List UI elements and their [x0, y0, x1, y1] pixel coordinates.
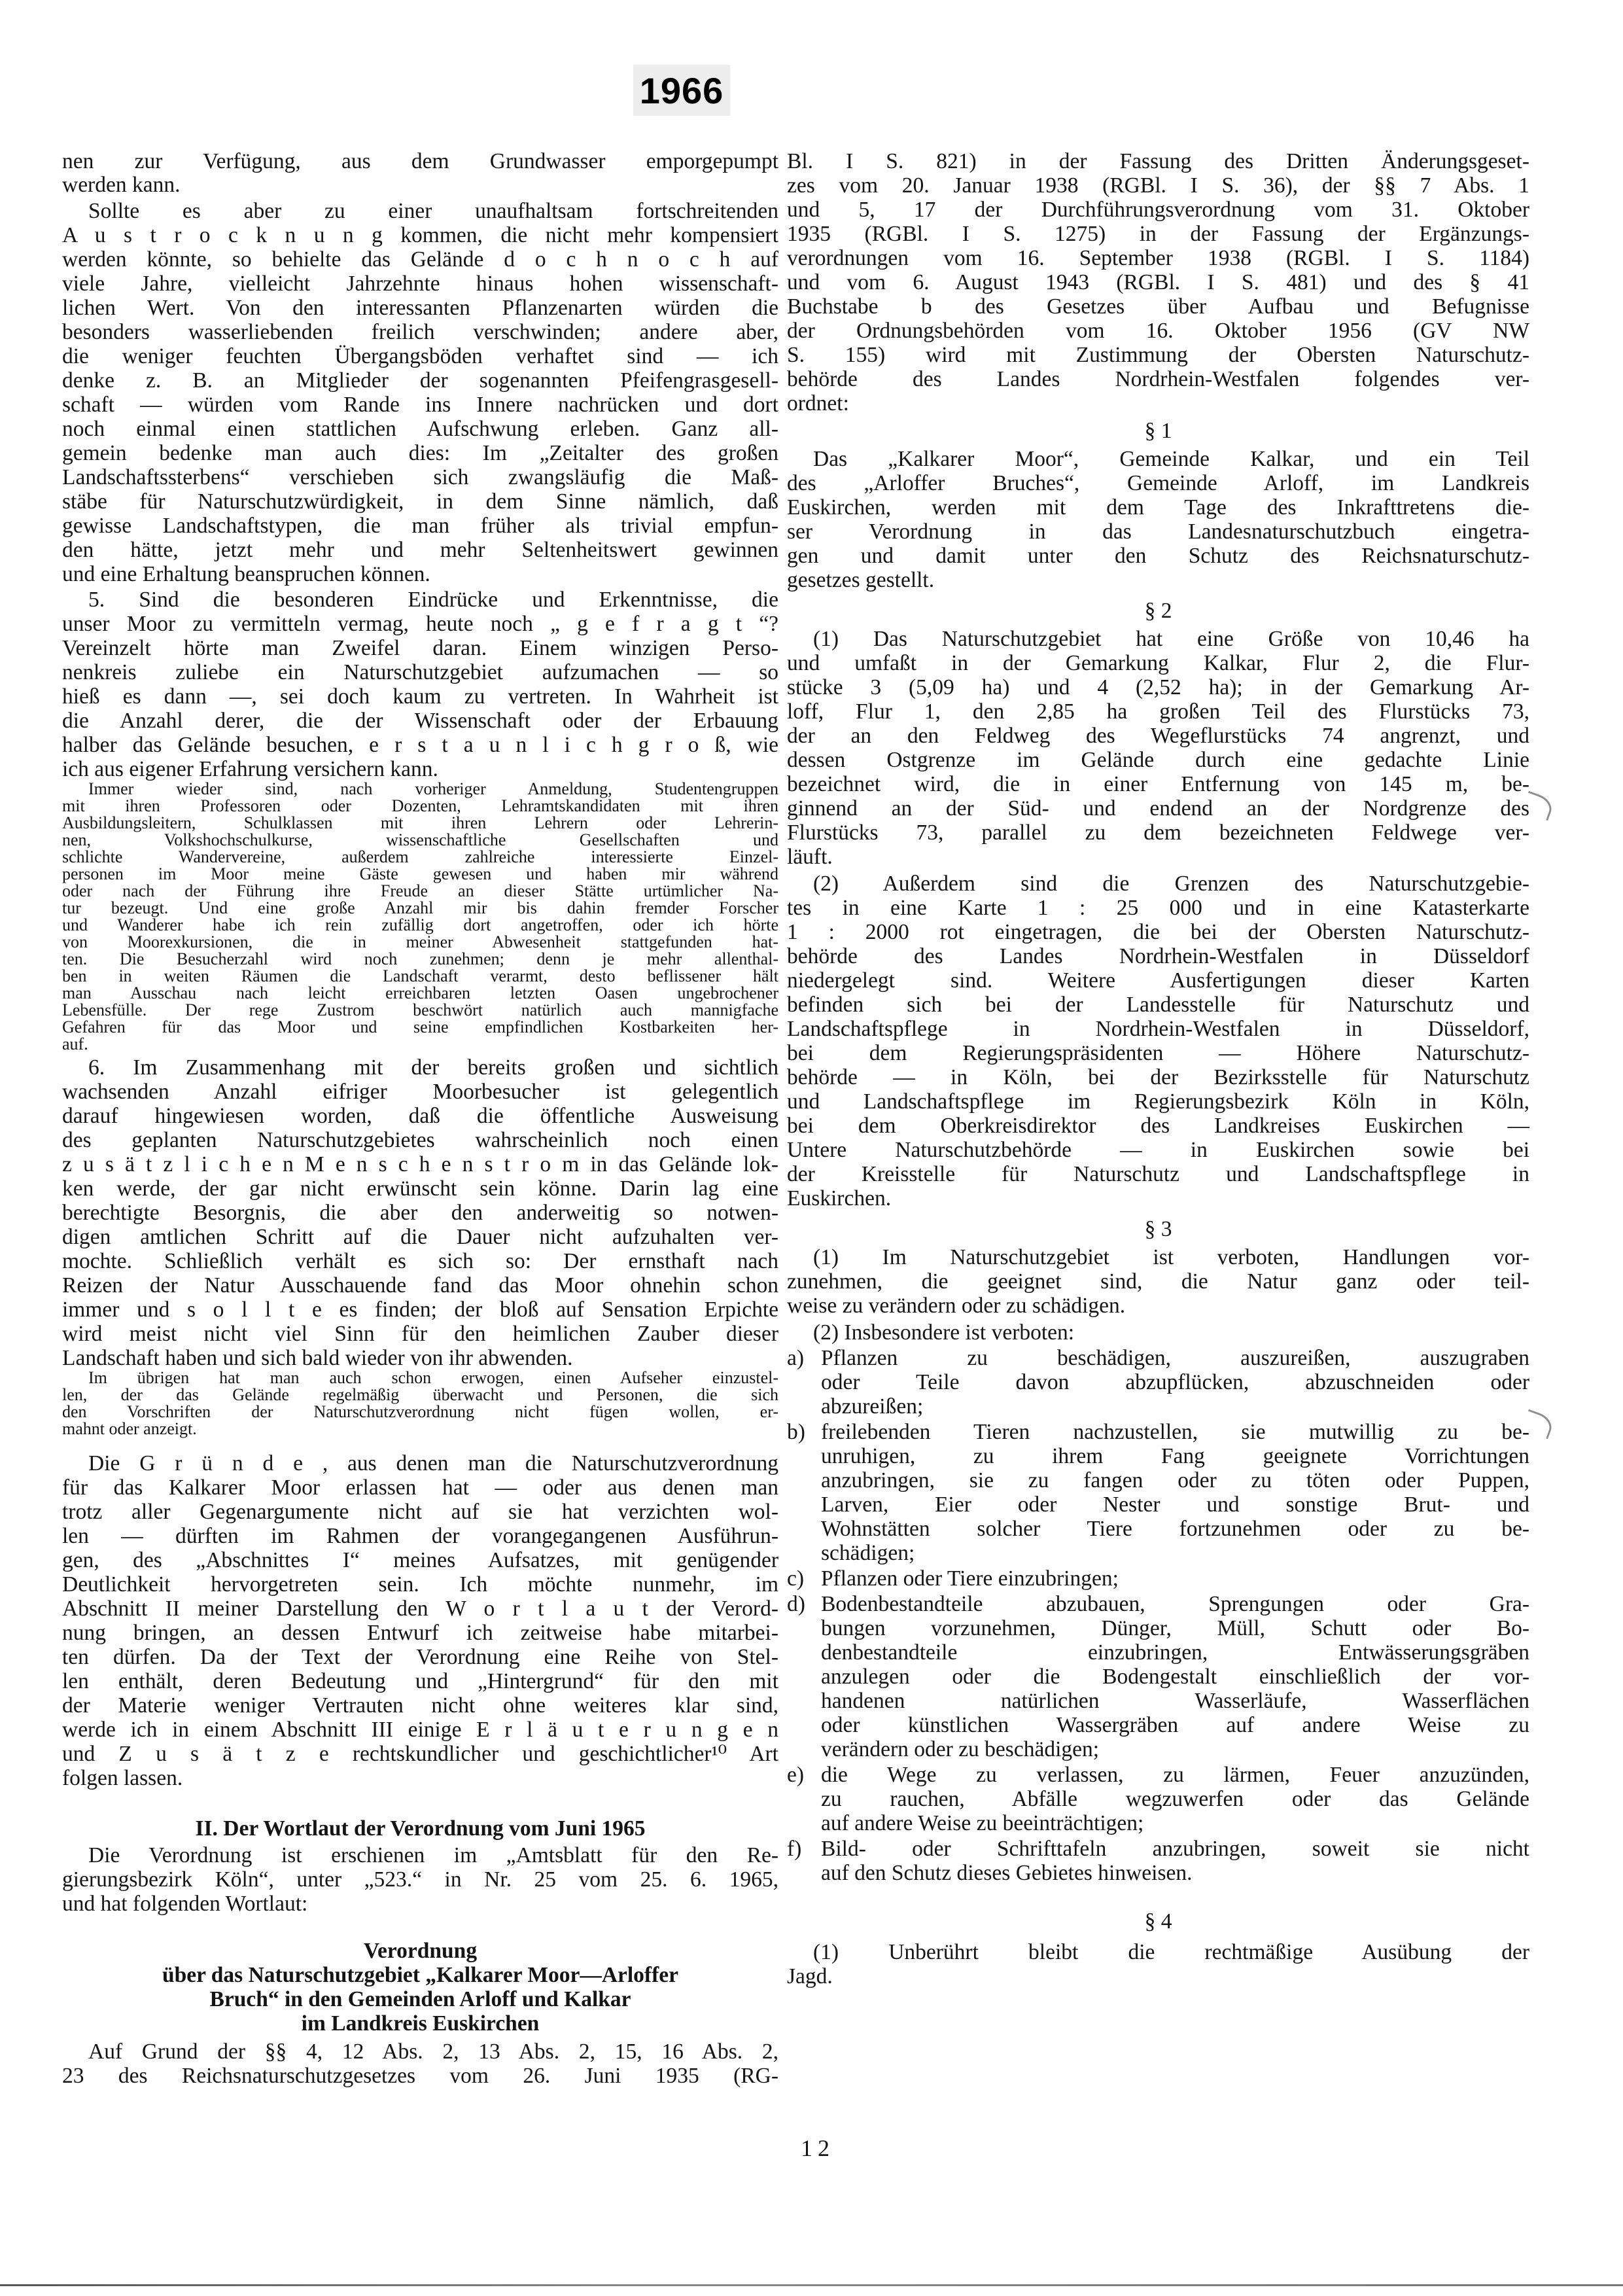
text-line: (1) Im Naturschutzgebiet ist verboten, H…	[787, 1245, 1529, 1269]
text-line: gesetzes gestellt.	[787, 568, 1529, 592]
text-line: halber das Gelände besuchen, e r s t a u…	[62, 733, 778, 757]
text-line: Untere Naturschutzbehörde — in Euskirche…	[787, 1138, 1529, 1162]
text-line: Sollte es aber zu einer unaufhaltsam for…	[62, 199, 778, 223]
list-item-line: denbestandteile einzubringen, Entwässeru…	[821, 1640, 1529, 1665]
list-marker: b)	[787, 1420, 820, 1444]
text-line: 5. Sind die besonderen Eindrücke und Erk…	[62, 588, 778, 612]
text-line: stücke 3 (5,09 ha) und 4 (2,52 ha); in d…	[787, 675, 1529, 699]
text-line: und umfaßt in der Gemarkung Kalkar, Flur…	[787, 651, 1529, 675]
page-number: 12	[782, 2134, 854, 2162]
text-line: loff, Flur 1, den 2,85 ha großen Teil de…	[787, 699, 1529, 724]
text-line: gemein bedenke man auch dies: Im „Zeital…	[62, 441, 778, 465]
text-line: Vereinzelt hörte man Zweifel daran. Eine…	[62, 636, 778, 660]
text-line: personen im Moor meine Gäste gewesen und…	[62, 866, 778, 883]
text-line: werden könnte, so behielte das Gelände d…	[62, 247, 778, 272]
list-item-line: auf andere Weise zu beeinträchtigen;	[821, 1811, 1529, 1835]
text-line: der an den Feldweg des Wegeflurstücks 74…	[787, 724, 1529, 748]
text-line: berechtigte Besorgnis, die aber den ande…	[62, 1201, 778, 1225]
text-line: Landschaft haben und sich bald wieder vo…	[62, 1346, 778, 1370]
list-item-line: Larven, Eier oder Nester und sonstige Br…	[821, 1492, 1529, 1517]
list-item-line: Bild- oder Schrifttafeln anzubringen, so…	[821, 1837, 1529, 1861]
text-line: verordnungen vom 16. September 1938 (RGB…	[787, 246, 1529, 270]
text-line: schlichte Wandervereine, außerdem zahlre…	[62, 849, 778, 866]
text-line: gewisse Landschaftstypen, die man früher…	[62, 514, 778, 538]
text-line: bei dem Oberkreisdirektor des Landkreise…	[787, 1114, 1529, 1138]
year-header: 1966	[633, 65, 730, 116]
list-item-line: oder Teile davon abzupflücken, abzuschne…	[821, 1370, 1529, 1394]
text-line: Euskirchen.	[787, 1186, 1529, 1210]
text-line: Buchstabe b des Gesetzes über Aufbau und…	[787, 294, 1529, 319]
text-line: bezeichnet wird, die in einer Entfernung…	[787, 772, 1529, 796]
text-line: zes vom 20. Januar 1938 (RGBl. I S. 36),…	[787, 173, 1529, 198]
section-heading: Bruch“ in den Gemeinden Arloff und Kalka…	[62, 1987, 778, 2011]
text-line: 23 des Reichsnaturschutzgesetzes vom 26.…	[62, 2064, 778, 2088]
text-line: Ausbildungsleitern, Schulklassen mit ihr…	[62, 815, 778, 832]
text-line: darauf hingewiesen worden, daß die öffen…	[62, 1104, 778, 1128]
list-item-line: freilebenden Tieren nachzustellen, sie m…	[821, 1420, 1529, 1444]
text-line: Lebensfülle. Der rege Zustrom beschwört …	[62, 1002, 778, 1019]
text-line: ordnet:	[787, 391, 1529, 415]
text-line: denke z. B. an Mitglieder der sogenannte…	[62, 368, 778, 393]
text-line: Jagd.	[787, 1964, 1529, 1988]
section-heading: § 1	[787, 419, 1529, 443]
list-item-line: verändern oder zu beschädigen;	[821, 1737, 1529, 1761]
text-line: schaft — würden vom Rande ins Innere nac…	[62, 393, 778, 417]
text-line: zunehmen, die geeignet sind, die Natur g…	[787, 1269, 1529, 1294]
list-item-line: anzubringen, sie zu fangen oder zu töten…	[821, 1468, 1529, 1492]
list-item-line: zu rauchen, Abfälle wegzuwerfen oder das…	[821, 1787, 1529, 1811]
text-line: viele Jahre, vielleicht Jahrzehnte hinau…	[62, 272, 778, 296]
text-line: Das „Kalkarer Moor“, Gemeinde Kalkar, un…	[787, 447, 1529, 471]
text-line: Deutlichkeit hervorgetreten sein. Ich mö…	[62, 1572, 778, 1597]
text-line: z u s ä t z l i c h e n M e n s c h e n …	[62, 1152, 778, 1176]
text-line: ich aus eigener Erfahrung versichern kan…	[62, 757, 778, 781]
text-line: S. 155) wird mit Zustimmung der Obersten…	[787, 343, 1529, 367]
text-line: für das Kalkarer Moor erlassen hat — ode…	[62, 1475, 778, 1500]
text-line: Landschaftspflege in Nordrhein-Westfalen…	[787, 1017, 1529, 1041]
text-line: (2) Außerdem sind die Grenzen des Naturs…	[787, 872, 1529, 896]
text-line: 1 : 2000 rot eingetragen, die bei der Ob…	[787, 920, 1529, 944]
list-item-line: oder künstlichen Wassergräben auf andere…	[821, 1713, 1529, 1737]
text-line: Die G r ü n d e , aus denen man die Natu…	[62, 1451, 778, 1475]
text-line: folgen lassen.	[62, 1766, 778, 1790]
text-line: ser Verordnung in das Landesnaturschutzb…	[787, 520, 1529, 544]
text-line: ben in weiten Räumen die Landschaft vera…	[62, 968, 778, 985]
text-line: Im übrigen hat man auch schon erwogen, e…	[62, 1369, 778, 1386]
text-line: und Landschaftspflege im Regierungsbezir…	[787, 1089, 1529, 1114]
list-item-line: auf den Schutz dieses Gebietes hinweisen…	[821, 1861, 1529, 1885]
text-line: wachsenden Anzahl eifriger Moorbesucher …	[62, 1080, 778, 1104]
text-line: digen amtlichen Schritt auf die Dauer ni…	[62, 1225, 778, 1249]
text-line: lichen Wert. Von den interessanten Pflan…	[62, 296, 778, 320]
text-line: die Anzahl derer, die der Wissenschaft o…	[62, 709, 778, 733]
list-item-line: abzureißen;	[821, 1394, 1529, 1419]
text-line: behörde — in Köln, bei der Bezirksstelle…	[787, 1065, 1529, 1089]
text-line: Bl. I S. 821) in der Fassung des Dritten…	[787, 149, 1529, 173]
text-line: mahnt oder anzeigt.	[62, 1421, 778, 1438]
text-line: der Ordnungsbehörden vom 16. Oktober 195…	[787, 319, 1529, 343]
list-item-line: die Wege zu verlassen, zu lärmen, Feuer …	[821, 1763, 1529, 1787]
text-line: ten. Die Besucherzahl wird noch zunehmen…	[62, 951, 778, 968]
text-line: dessen Ostgrenze im Gelände durch eine g…	[787, 748, 1529, 772]
text-line: Landschaftssterbens“ verschieben sich zw…	[62, 465, 778, 489]
text-line: nen zur Verfügung, aus dem Grundwasser e…	[62, 149, 778, 173]
text-line: werden kann.	[62, 173, 778, 197]
text-line: Euskirchen, werden mit dem Tage des Inkr…	[787, 495, 1529, 520]
text-line: trotz aller Gegenargumente nicht auf sie…	[62, 1500, 778, 1524]
text-line: tes in eine Karte 1 : 25 000 und in eine…	[787, 896, 1529, 920]
text-line: immer und s o l l t e es finden; der blo…	[62, 1298, 778, 1322]
list-marker: a)	[787, 1346, 820, 1370]
text-line: der Materie weniger Vertrauten nicht ohn…	[62, 1693, 778, 1718]
list-marker: d)	[787, 1592, 820, 1616]
section-heading: über das Naturschutzgebiet „Kalkarer Moo…	[62, 1963, 778, 1987]
list-item-line: bungen vorzunehmen, Dünger, Müll, Schutt…	[821, 1616, 1529, 1640]
text-line: der Kreisstelle für Naturschutz und Land…	[787, 1162, 1529, 1186]
text-line: gen, des „Abschnittes I“ meines Aufsatze…	[62, 1548, 778, 1572]
text-line: ginnend an der Süd- und endend an der No…	[787, 796, 1529, 821]
text-line: hieß es dann —, sei doch kaum zu vertret…	[62, 684, 778, 709]
bottom-rule	[0, 2284, 1623, 2286]
text-line: behörde des Landes Nordrhein-Westfalen f…	[787, 367, 1529, 391]
text-line: den Vorschriften der Naturschutzverordnu…	[62, 1404, 778, 1421]
text-line: Gefahren für das Moor und seine empfindl…	[62, 1019, 778, 1036]
text-line: des geplanten Naturschutzgebietes wahrsc…	[62, 1128, 778, 1152]
list-item-line: Bodenbestandteile abzubauen, Sprengungen…	[821, 1592, 1529, 1616]
text-line: 1935 (RGBl. I S. 1275) in der Fassung de…	[787, 222, 1529, 246]
text-line: besonders wasserliebenden freilich versc…	[62, 320, 778, 344]
text-line: und 5, 17 der Durchführungsverordnung vo…	[787, 198, 1529, 222]
text-line: ken werde, der gar nicht erwünscht sein …	[62, 1176, 778, 1201]
section-heading: § 3	[787, 1217, 1529, 1241]
text-line: und vom 6. August 1943 (RGBl. I S. 481) …	[787, 270, 1529, 294]
text-line: nen, Volkshochschulkurse, wissenschaftli…	[62, 832, 778, 849]
text-line: und Z u s ä t z e rechtskundlicher und g…	[62, 1742, 778, 1766]
list-marker: c)	[787, 1566, 820, 1591]
text-line: Abschnitt II meiner Darstellung den W o …	[62, 1597, 778, 1621]
text-line: man Ausschau nach leicht erreichbaren le…	[62, 985, 778, 1002]
text-line: Flurstücks 73, parallel zu dem bezeichne…	[787, 821, 1529, 845]
text-line: A u s t r o c k n u n g kommen, die nich…	[62, 223, 778, 247]
text-line: len enthält, deren Bedeutung und „Hinter…	[62, 1669, 778, 1693]
text-line: die weniger feuchten Übergangsböden verh…	[62, 344, 778, 368]
text-line: gen und damit unter den Schutz des Reich…	[787, 544, 1529, 568]
text-line: gierungsbezirk Köln“, unter „523.“ in Nr…	[62, 1867, 778, 1892]
text-line: len, der das Gelände regelmäßig überwach…	[62, 1386, 778, 1404]
text-line: mit ihren Professoren oder Dozenten, Leh…	[62, 798, 778, 815]
text-line: von Moorexkursionen, die in meiner Abwes…	[62, 934, 778, 951]
text-line: auf.	[62, 1036, 778, 1053]
list-item-line: Pflanzen oder Tiere einzubringen;	[821, 1566, 1529, 1591]
text-line: werde ich in einem Abschnitt III einige …	[62, 1718, 778, 1742]
text-line: Immer wieder sind, nach vorheriger Anmel…	[62, 781, 778, 798]
text-line: (1) Das Naturschutzgebiet hat eine Größe…	[787, 627, 1529, 651]
text-line: Die Verordnung ist erschienen im „Amtsbl…	[62, 1843, 778, 1867]
text-line: des „Arloffer Bruches“, Gemeinde Arloff,…	[787, 471, 1529, 495]
text-line: weise zu verändern oder zu schädigen.	[787, 1294, 1529, 1318]
text-line: läuft.	[787, 845, 1529, 869]
text-line: und hat folgenden Wortlaut:	[62, 1892, 778, 1916]
section-heading: II. Der Wortlaut der Verordnung vom Juni…	[62, 1816, 778, 1841]
text-line: nung bringen, an dessen Entwurf ich zeit…	[62, 1621, 778, 1645]
section-heading: im Landkreis Euskirchen	[62, 2011, 778, 2036]
text-line: bei dem Regierungspräsidenten — Höhere N…	[787, 1041, 1529, 1065]
text-line: tur bezeugt. Und eine große Anzahl mir b…	[62, 900, 778, 917]
text-line: 6. Im Zusammenhang mit der bereits große…	[62, 1055, 778, 1080]
text-line: den hätte, jetzt mehr und mehr Seltenhei…	[62, 538, 778, 562]
section-heading: § 4	[787, 1909, 1529, 1934]
text-line: (1) Unberührt bleibt die rechtmäßige Aus…	[787, 1940, 1529, 1964]
list-item-line: Wohnstätten solcher Tiere fortzunehmen o…	[821, 1517, 1529, 1541]
section-heading: § 2	[787, 599, 1529, 623]
text-line: noch einmal einen stattlichen Aufschwung…	[62, 417, 778, 441]
list-marker: f)	[787, 1837, 820, 1861]
text-line: (2) Insbesondere ist verboten:	[787, 1320, 1529, 1345]
section-heading: Verordnung	[62, 1939, 778, 1963]
text-line: Auf Grund der §§ 4, 12 Abs. 2, 13 Abs. 2…	[62, 2040, 778, 2064]
text-line: Reizen der Natur Ausschauende fand das M…	[62, 1273, 778, 1298]
text-line: ten dürfen. Da der Text der Verordnung e…	[62, 1645, 778, 1669]
text-line: niedergelegt sind. Weitere Ausfertigunge…	[787, 968, 1529, 993]
list-item-line: Pflanzen zu beschädigen, auszureißen, au…	[821, 1346, 1529, 1370]
text-line: stäbe für Naturschutzwürdigkeit, in dem …	[62, 489, 778, 514]
text-line: und eine Erhaltung beanspruchen können.	[62, 562, 778, 586]
list-item-line: unruhigen, zu ihrem Fang geeignete Vorri…	[821, 1444, 1529, 1468]
text-line: nenkreis zuliebe ein Naturschutzgebiet a…	[62, 660, 778, 684]
text-line: und Wanderer habe ich rein zufällig dort…	[62, 917, 778, 934]
text-line: wird meist nicht viel Sinn für den heiml…	[62, 1322, 778, 1346]
list-marker: e)	[787, 1763, 820, 1787]
text-line: oder nach der Führung ihre Freude an die…	[62, 883, 778, 900]
text-line: behörde des Landes Nordrhein-Westfalen i…	[787, 944, 1529, 968]
text-line: mochte. Schließlich verhält es sich so: …	[62, 1249, 778, 1273]
list-item-line: schädigen;	[821, 1541, 1529, 1565]
list-item-line: anzulegen oder die Bodengestalt einschli…	[821, 1665, 1529, 1689]
list-item-line: handenen natürlichen Wasserläufe, Wasser…	[821, 1689, 1529, 1713]
text-line: len — dürften im Rahmen der vorangegange…	[62, 1524, 778, 1548]
text-line: befinden sich bei der Landesstelle für N…	[787, 993, 1529, 1017]
text-line: unser Moor zu vermitteln vermag, heute n…	[62, 612, 778, 636]
